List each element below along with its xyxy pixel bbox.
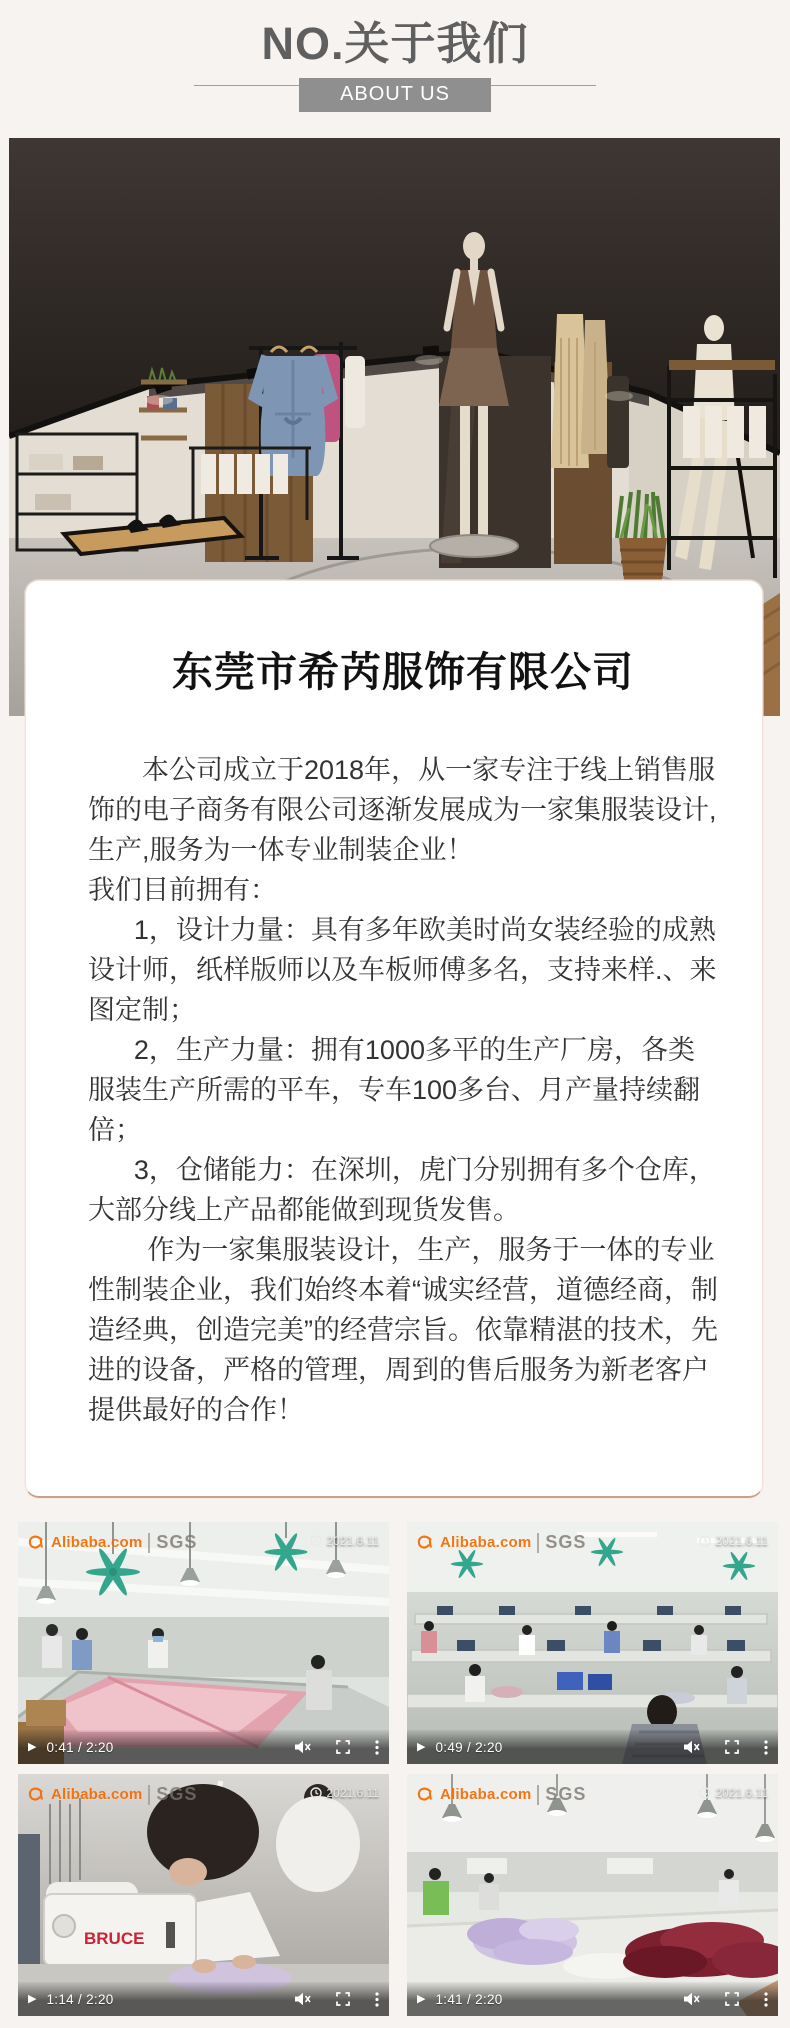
video-still-illustration [407, 1522, 778, 1764]
more-options-icon[interactable] [375, 1740, 379, 1755]
fullscreen-icon[interactable] [725, 1740, 739, 1754]
clock-icon [310, 1535, 322, 1547]
play-icon[interactable]: ▶ [28, 1994, 36, 2005]
paragraph: 1，设计力量：具有多年欧美时尚女装经验的成熟设计师，纸样版师以及车板师傅多名，支… [88, 910, 718, 1030]
clock-icon [310, 1787, 322, 1799]
factory-video-grid: Alibaba.com SGS 2021.6.11 ▶ 0:41 / 2:20 [18, 1522, 778, 2016]
video-thumbnail-factory-floor[interactable]: Alibaba.com SGS 2021.6.11 ▶ 0:49 / 2:20 [407, 1522, 778, 1764]
mute-icon[interactable] [683, 1740, 700, 1754]
paragraph: 作为一家集服装设计，生产，服务于一体的专业性制装企业，我们始终本着“诚实经营，道… [88, 1230, 718, 1430]
video-control-bar: ▶ 1:41 / 2:20 [407, 1982, 778, 2016]
video-date-stamp: 2021.6.11 [699, 1534, 769, 1548]
video-control-bar: ▶ 0:49 / 2:20 [407, 1730, 778, 1764]
paragraph: 我们目前拥有： [88, 870, 718, 910]
play-icon[interactable]: ▶ [417, 1742, 425, 1753]
video-date: 2021.6.11 [716, 1786, 769, 1800]
play-icon[interactable]: ▶ [417, 1994, 425, 2005]
fullscreen-icon[interactable] [336, 1992, 350, 2006]
video-time: 1:41 / 2:20 [435, 1992, 502, 2007]
clock-icon [699, 1535, 711, 1547]
video-date-stamp: 2021.6.11 [699, 1786, 769, 1800]
sewing-machine-brand: BRUCE [84, 1929, 144, 1948]
mute-icon[interactable] [294, 1992, 311, 2006]
more-options-icon[interactable] [375, 1992, 379, 2007]
video-date-stamp: 2021.6.11 [310, 1534, 380, 1548]
video-still-illustration: BRUCE [18, 1774, 389, 2016]
mute-icon[interactable] [294, 1740, 311, 1754]
video-time: 0:49 / 2:20 [435, 1740, 502, 1755]
paragraph: 3，仓储能力：在深圳，虎门分别拥有多个仓库，大部分线上产品都能做到现货发售。 [88, 1150, 718, 1230]
about-card: 东莞市希芮服饰有限公司 本公司成立于2018年，从一家专注于线上销售服饰的电子商… [25, 580, 763, 1498]
paragraph: 本公司成立于2018年，从一家专注于线上销售服饰的电子商务有限公司逐渐发展成为一… [88, 750, 718, 870]
video-time: 1:14 / 2:20 [46, 1992, 113, 2007]
section-header: NO.关于我们 ABOUT US [0, 0, 790, 112]
more-options-icon[interactable] [764, 1992, 768, 2007]
video-still-illustration [18, 1522, 389, 1764]
paragraph: 2，生产力量：拥有1000多平的生产厂房，各类服装生产所需的平车，专车100多台… [88, 1030, 718, 1150]
video-control-bar: ▶ 1:14 / 2:20 [18, 1982, 389, 2016]
video-date-stamp: 2021.6.11 [310, 1786, 380, 1800]
video-date: 2021.6.11 [327, 1534, 380, 1548]
about-us-badge: ABOUT US [299, 78, 491, 112]
video-thumbnail-cutting-room[interactable]: Alibaba.com SGS 2021.6.11 ▶ 0:41 / 2:20 [18, 1522, 389, 1764]
video-date: 2021.6.11 [716, 1534, 769, 1548]
page-title: NO.关于我们 [0, 16, 790, 72]
video-control-bar: ▶ 0:41 / 2:20 [18, 1730, 389, 1764]
company-description: 本公司成立于2018年，从一家专注于线上销售服饰的电子商务有限公司逐渐发展成为一… [88, 750, 718, 1430]
company-name: 东莞市希芮服饰有限公司 [88, 639, 718, 698]
mute-icon[interactable] [683, 1992, 700, 2006]
video-still-illustration [407, 1774, 778, 2016]
clock-icon [699, 1787, 711, 1799]
more-options-icon[interactable] [764, 1740, 768, 1755]
fullscreen-icon[interactable] [336, 1740, 350, 1754]
video-date: 2021.6.11 [327, 1786, 380, 1800]
fullscreen-icon[interactable] [725, 1992, 739, 2006]
video-thumbnail-fabric-table[interactable]: Alibaba.com SGS 2021.6.11 ▶ 1:41 / 2:20 [407, 1774, 778, 2016]
play-icon[interactable]: ▶ [28, 1742, 36, 1753]
video-time: 0:41 / 2:20 [46, 1740, 113, 1755]
video-thumbnail-sewing-closeup[interactable]: BRUCE Alibaba.com SGS 2021.6.11 ▶ 1:14 /… [18, 1774, 389, 2016]
title-underline: ABOUT US [194, 78, 596, 112]
